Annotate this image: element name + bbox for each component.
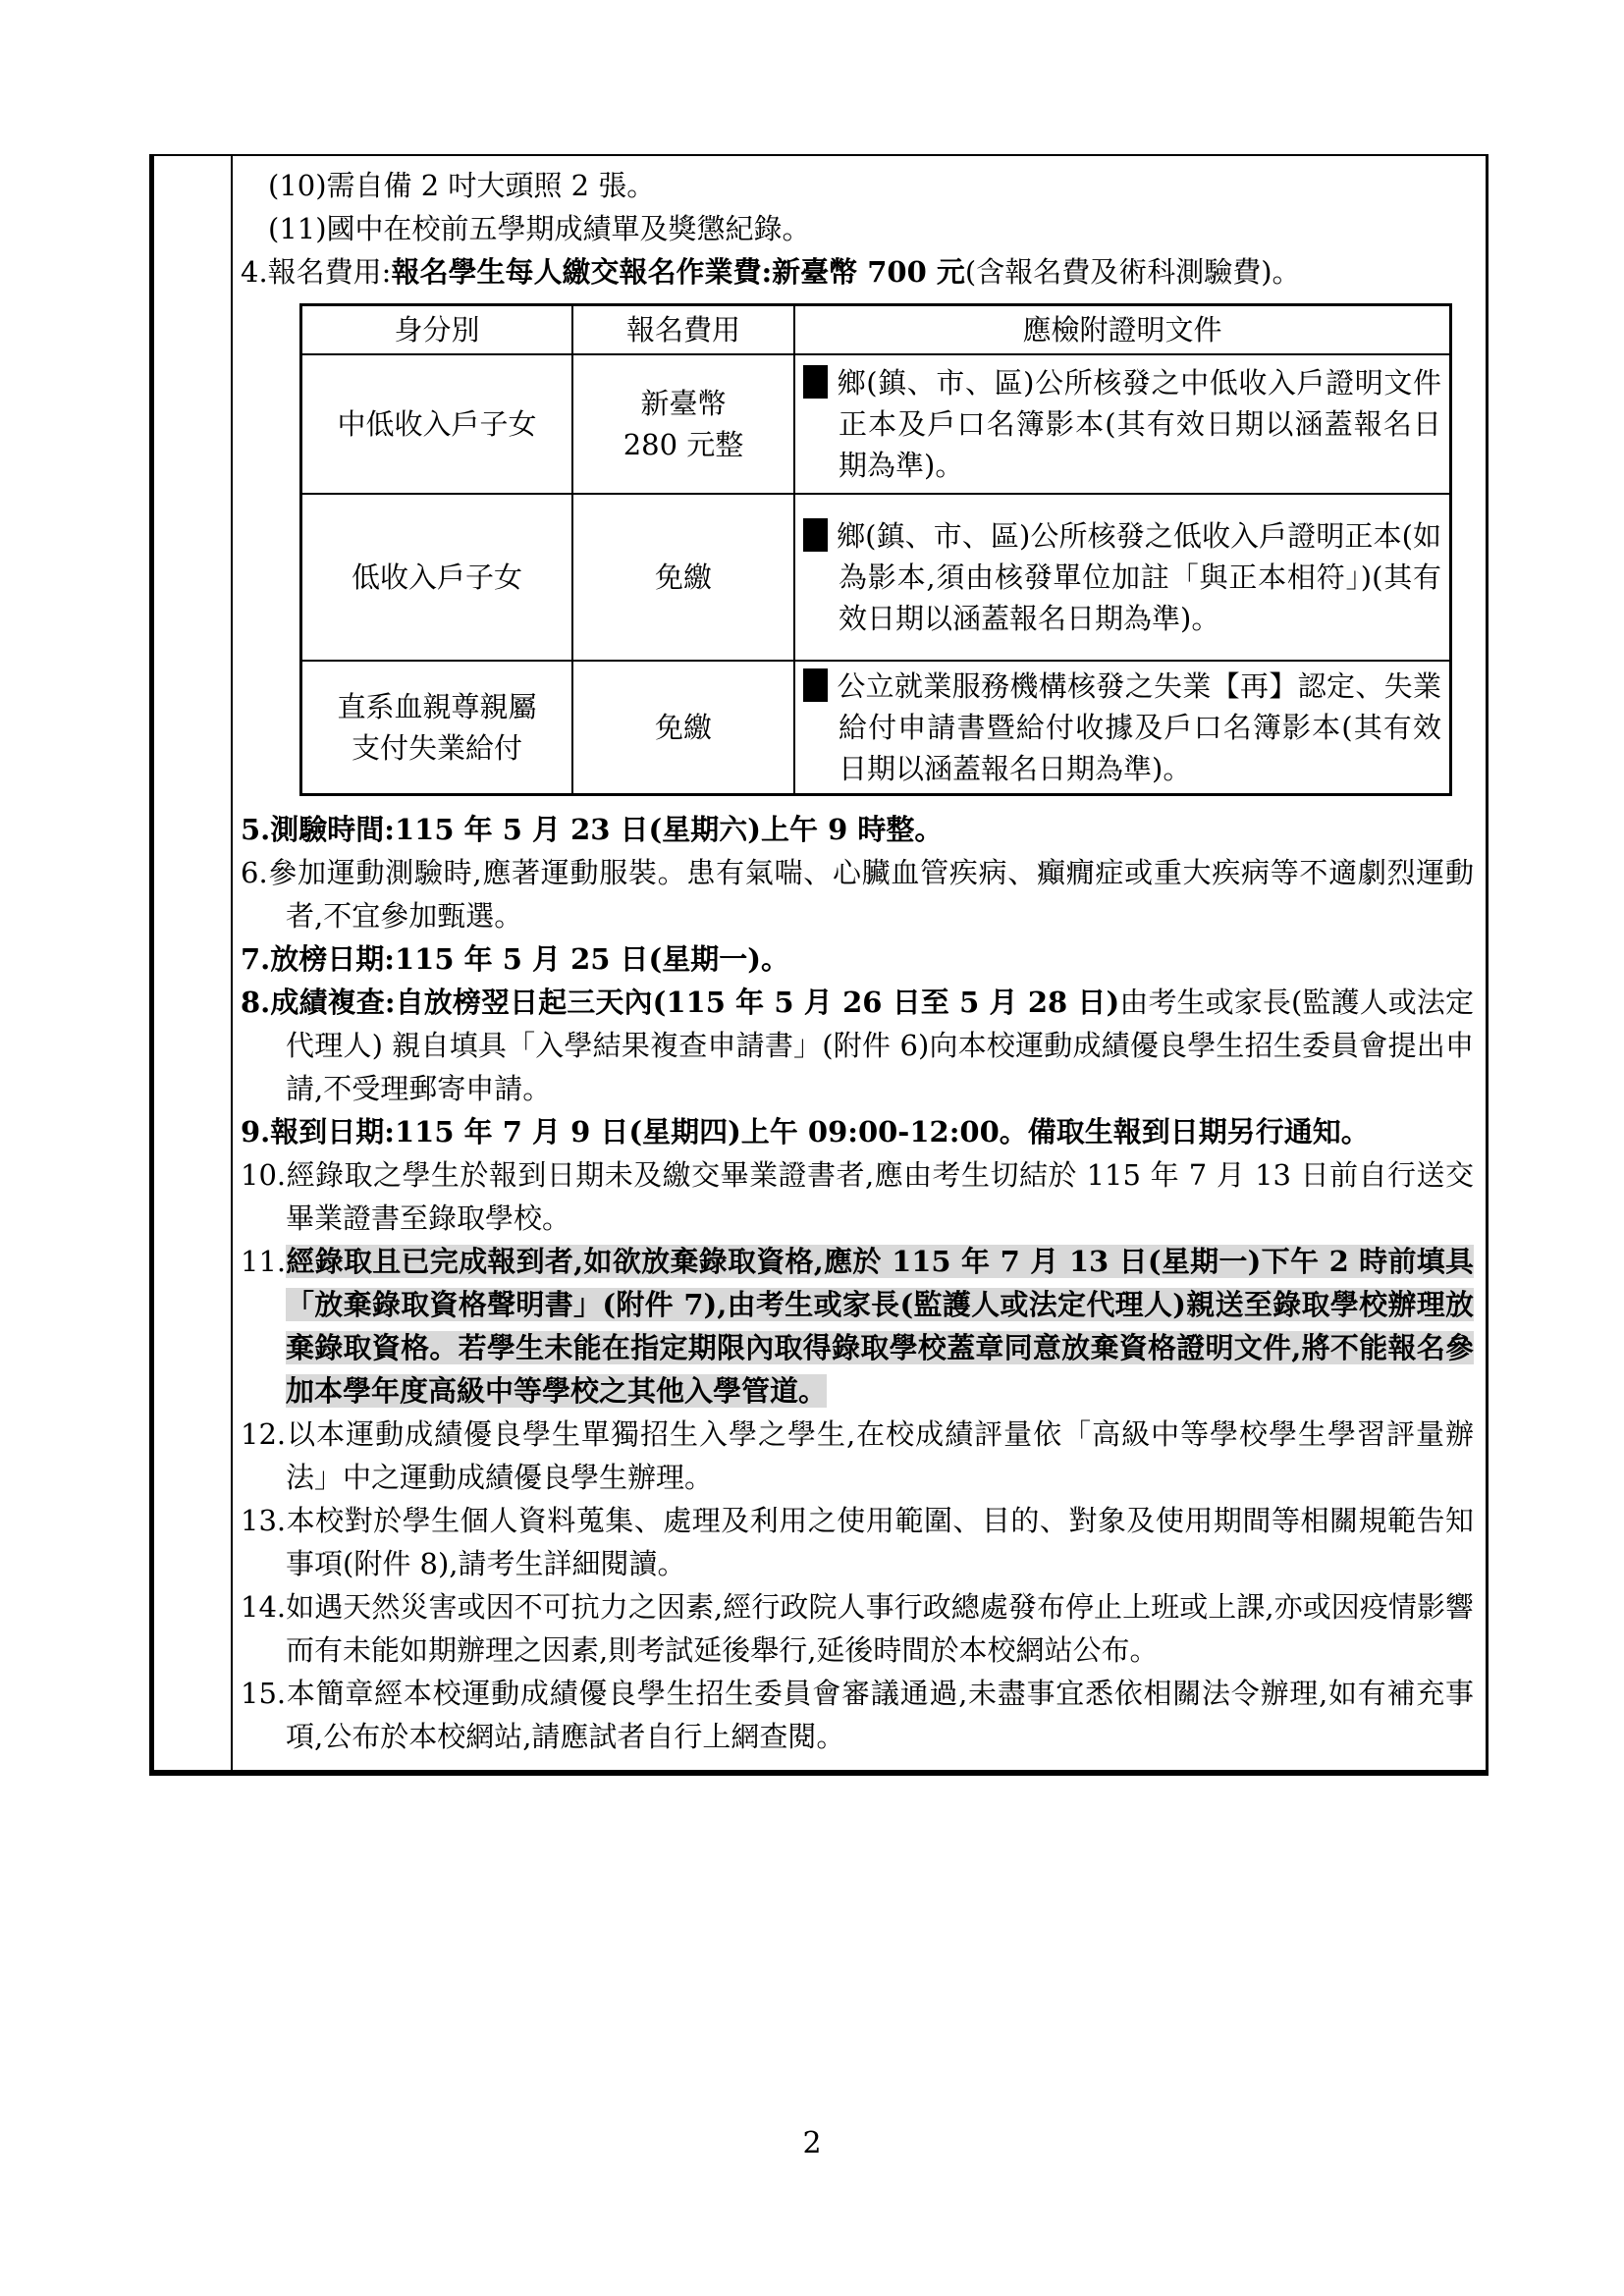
row3-fee: 免繳 — [572, 661, 794, 795]
table-row: 低收入戶子女 免繳 鄉(鎮、市、區)公所核發之低收入戶證明正本(如為影本,須由核… — [301, 494, 1451, 661]
row3-identity-line1: 直系血親尊親屬 — [310, 686, 564, 727]
row3-identity-line2: 支付失業給付 — [310, 727, 564, 769]
row2-documents: 鄉(鎮、市、區)公所核發之低收入戶證明正本(如為影本,須由核發單位加註「與正本相… — [794, 494, 1451, 661]
list-item-4: 4.報名費用:報名學生每人繳交報名作業費:新臺幣 700 元(含報名費及術科測驗… — [241, 250, 1474, 294]
list-item-6: 6.參加運動測驗時,應著運動服裝。患有氣喘、心臟血管疾病、癲癇症或重大疾病等不適… — [241, 851, 1474, 937]
document-body: (10)需自備 2 吋大頭照 2 張。 (11)國中在校前五學期成績單及獎懲紀錄… — [233, 156, 1486, 1770]
header-identity: 身分別 — [301, 305, 573, 355]
empty-left-column — [154, 156, 233, 1770]
list-item-7: 7.放榜日期:115 年 5 月 25 日(星期一)。 — [241, 937, 1474, 981]
item-4-bold-text: 報名學生每人繳交報名作業費:新臺幣 700 元 — [391, 255, 964, 289]
row1-documents: 鄉(鎮、市、區)公所核發之中低收入戶證明文件正本及戶口名簿影本(其有效日期以涵蓋… — [794, 354, 1451, 494]
item-4-label: 4.報名費用: — [241, 255, 391, 289]
list-item-8: 8.成績複查:自放榜翌日起三天內(115 年 5 月 26 日至 5 月 28 … — [241, 981, 1474, 1110]
sub-item-10: (10)需自備 2 吋大頭照 2 張。 — [241, 164, 1474, 207]
list-item-15: 15.本簡章經本校運動成績優良學生招生委員會審議通過,未盡事宜悉依相關法令辦理,… — [241, 1672, 1474, 1758]
row1-fee-line2: 280 元整 — [581, 424, 785, 465]
item-4-suffix: (含報名費及術科測驗費)。 — [965, 255, 1301, 289]
item-11-highlighted-text: 經錄取且已完成報到者,如欲放棄錄取資格,應於 115 年 7 月 13 日(星期… — [286, 1245, 1474, 1408]
fee-table-header-row: 身分別 報名費用 應檢附證明文件 — [301, 305, 1451, 355]
row3-doc-text: 公立就業服務機構核發之失業【再】認定、失業給付申請書暨給付收據及戶口名簿影本(其… — [837, 669, 1441, 785]
header-documents: 應檢附證明文件 — [794, 305, 1451, 355]
table-row: 中低收入戶子女 新臺幣 280 元整 鄉(鎮、市、區)公所核發之中低收入戶證明文… — [301, 354, 1451, 494]
item-11-number: 11. — [241, 1245, 286, 1278]
row3-identity: 直系血親尊親屬 支付失業給付 — [301, 661, 573, 795]
row1-identity: 中低收入戶子女 — [301, 354, 573, 494]
list-item-13: 13.本校對於學生個人資料蒐集、處理及利用之使用範圍、目的、對象及使用期間等相關… — [241, 1499, 1474, 1585]
document-outer-table: (10)需自備 2 吋大頭照 2 張。 (11)國中在校前五學期成績單及獎懲紀錄… — [149, 154, 1489, 1776]
row2-doc-text: 鄉(鎮、市、區)公所核發之低收入戶證明正本(如為影本,須由核發單位加註「與正本相… — [837, 519, 1441, 635]
sub-item-11: (11)國中在校前五學期成績單及獎懲紀錄。 — [241, 207, 1474, 250]
list-item-5: 5.測驗時間:115 年 5 月 23 日(星期六)上午 9 時整。 — [241, 808, 1474, 851]
list-item-12: 12.以本運動成績優良學生單獨招生入學之學生,在校成績評量依「高級中等學校學生學… — [241, 1413, 1474, 1499]
row3-documents: 公立就業服務機構核發之失業【再】認定、失業給付申請書暨給付收據及戶口名簿影本(其… — [794, 661, 1451, 795]
black-square-icon — [803, 668, 828, 702]
page-number: 2 — [0, 2126, 1624, 2161]
row1-fee: 新臺幣 280 元整 — [572, 354, 794, 494]
black-square-icon — [803, 365, 828, 399]
header-fee: 報名費用 — [572, 305, 794, 355]
fee-table: 身分別 報名費用 應檢附證明文件 中低收入戶子女 新臺幣 280 元整 鄉(鎮、… — [299, 303, 1452, 796]
row2-identity: 低收入戶子女 — [301, 494, 573, 661]
row2-fee: 免繳 — [572, 494, 794, 661]
list-item-14: 14.如遇天然災害或因不可抗力之因素,經行政院人事行政總處發布停止上班或上課,亦… — [241, 1585, 1474, 1672]
black-square-icon — [803, 518, 828, 552]
row1-doc-text: 鄉(鎮、市、區)公所核發之中低收入戶證明文件正本及戶口名簿影本(其有效日期以涵蓋… — [837, 366, 1441, 482]
row1-fee-line1: 新臺幣 — [581, 383, 785, 424]
list-item-11: 11.經錄取且已完成報到者,如欲放棄錄取資格,應於 115 年 7 月 13 日… — [241, 1240, 1474, 1413]
table-row: 直系血親尊親屬 支付失業給付 免繳 公立就業服務機構核發之失業【再】認定、失業給… — [301, 661, 1451, 795]
list-item-9: 9.報到日期:115 年 7 月 9 日(星期四)上午 09:00-12:00。… — [241, 1110, 1474, 1153]
list-item-10: 10.經錄取之學生於報到日期未及繳交畢業證書者,應由考生切結於 115 年 7 … — [241, 1153, 1474, 1240]
